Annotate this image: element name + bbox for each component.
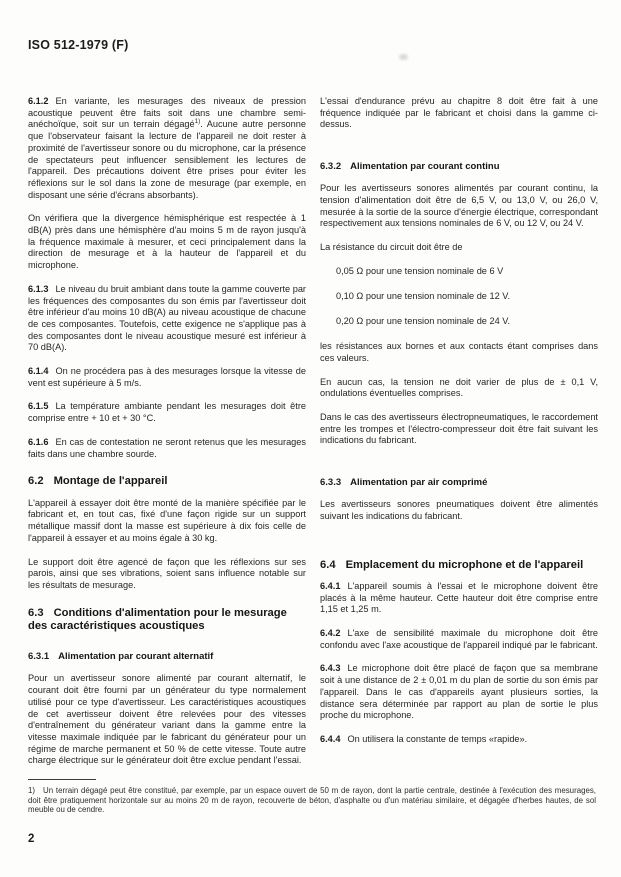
clause-text: On utilisera la constante de temps «rapi… [347,734,527,744]
paragraph-text: Pour les avertisseurs sonores alimentés … [320,183,598,228]
heading-6-3-3: 6.3.3Alimentation par air comprimé [320,477,598,489]
paragraph-endurance: L'essai d'endurance prévu au chapitre 8 … [320,96,598,131]
heading-title-6-3-1: Alimentation par courant alternatif [58,651,213,662]
heading-title-6-2: Montage de l'appareil [54,475,168,487]
paragraph-courant-continu: Pour les avertisseurs sonores alimentés … [320,183,598,230]
document-page: ISO 512-1979 (F) 6.1.2En variante, les m… [0,0,621,877]
footnote-text: Un terrain dégagé peut être constitué, p… [28,786,596,814]
paragraph-text: En aucun cas, la tension ne doit varier … [320,377,598,399]
clause-number-6-4-2: 6.4.2 [320,628,340,638]
paragraph-pneumatique: Les avertisseurs sonores pneumatiques do… [320,499,598,522]
clause-number-6-4-4: 6.4.4 [320,734,340,744]
paragraph-6-4-1: 6.4.1L'appareil soumis à l'essai et le m… [320,581,598,616]
paragraph-6-1-2: 6.1.2En variante, les mesurages des nive… [28,96,306,201]
heading-number-6-3-2: 6.3.2 [320,161,341,172]
clause-number-6-1-6: 6.1.6 [28,437,48,447]
paragraph-tension-variation: En aucun cas, la tension ne doit varier … [320,377,598,400]
resistance-item-6v: 0,05 Ω pour une tension nominale de 6 V [336,266,598,278]
footnote-marker: 1) [28,786,35,795]
clause-number-6-1-4: 6.1.4 [28,366,48,376]
paragraph-6-1-4: 6.1.4On ne procédera pas à des mesurages… [28,366,306,389]
heading-6-2: 6.2Montage de l'appareil [28,475,306,488]
clause-text: La température ambiante pendant les mesu… [28,401,306,423]
clause-number-6-1-5: 6.1.5 [28,401,48,411]
paragraph-montage-2: Le support doit être agencé de façon que… [28,557,306,592]
heading-title-6-3: Conditions d'alimentation pour le mesura… [28,607,287,632]
paragraph-text: L'appareil à essayer doit être monté de … [28,498,306,543]
paragraph-6-1-6: 6.1.6En cas de contestation ne seront re… [28,437,306,460]
clause-text: Le microphone doit être placé de façon q… [320,663,598,720]
heading-6-3-1: 6.3.1Alimentation par courant alternatif [28,651,306,663]
resistance-item-24v: 0,20 Ω pour une tension nominale de 24 V… [336,316,598,328]
clause-text: L'appareil soumis à l'essai et le microp… [320,581,598,614]
heading-number-6-3-3: 6.3.3 [320,477,341,488]
right-column: L'essai d'endurance prévu au chapitre 8 … [320,96,598,779]
paragraph-6-1-5: 6.1.5La température ambiante pendant les… [28,401,306,424]
paragraph-text: On vérifiera que la divergence hémisphér… [28,213,306,270]
paragraph-text: Dans le cas des avertisseurs électropneu… [320,412,598,445]
left-column: 6.1.2En variante, les mesurages des nive… [28,96,306,779]
heading-title-6-3-2: Alimentation par courant continu [350,161,499,172]
paragraph-text: Pour un avertisseur sonore alimenté par … [28,673,306,765]
two-column-layout: 6.1.2En variante, les mesurages des nive… [28,96,598,779]
clause-number-6-1-3: 6.1.3 [28,284,48,294]
heading-6-3-2: 6.3.2Alimentation par courant continu [320,161,598,173]
paragraph-text: L'essai d'endurance prévu au chapitre 8 … [320,96,598,129]
heading-number-6-3: 6.3 [28,607,44,619]
footnote: 1)Un terrain dégagé peut être constitué,… [28,786,596,815]
clause-number-6-1-2: 6.1.2 [28,96,48,106]
paragraph-text: Les avertisseurs sonores pneumatiques do… [320,499,598,521]
footnote-separator [28,779,96,780]
clause-number-6-4-1: 6.4.1 [320,581,340,591]
heading-6-3: 6.3Conditions d'alimentation pour le mes… [28,607,306,634]
heading-number-6-3-1: 6.3.1 [28,651,49,662]
paragraph-6-1-3: 6.1.3Le niveau du bruit ambiant dans tou… [28,284,306,354]
page-number: 2 [28,833,34,845]
paragraph-text: La résistance du circuit doit être de [320,242,462,252]
footnote-area: 1)Un terrain dégagé peut être constitué,… [28,779,596,815]
paragraph-electropneumatique: Dans le cas des avertisseurs électropneu… [320,412,598,447]
scan-smudge [399,54,408,60]
clause-text: On ne procédera pas à des mesurages lors… [28,366,306,388]
clause-text: L'axe de sensibilité maximale du microph… [320,628,598,650]
heading-number-6-4: 6.4 [320,559,336,571]
page-title: ISO 512-1979 (F) [28,38,128,52]
paragraph-courant-alternatif: Pour un avertisseur sonore alimenté par … [28,673,306,767]
paragraph-resistance-outro: les résistances aux bornes et aux contac… [320,341,598,364]
heading-title-6-3-3: Alimentation par air comprimé [350,477,487,488]
paragraph-6-4-4: 6.4.4On utilisera la constante de temps … [320,734,598,746]
clause-text: Le niveau du bruit ambiant dans toute la… [28,284,306,353]
heading-6-4: 6.4Emplacement du microphone et de l'app… [320,559,598,572]
paragraph-text: les résistances aux bornes et aux contac… [320,341,598,363]
paragraph-6-4-2: 6.4.2L'axe de sensibilité maximale du mi… [320,628,598,651]
clause-number-6-4-3: 6.4.3 [320,663,340,673]
paragraph-6-4-3: 6.4.3Le microphone doit être placé de fa… [320,663,598,722]
paragraph-resistance-intro: La résistance du circuit doit être de [320,242,598,254]
clause-text: . Aucune autre personne que l'observateu… [28,119,306,199]
resistance-item-12v: 0,10 Ω pour une tension nominale de 12 V… [336,291,598,303]
clause-text: En cas de contestation ne seront retenus… [28,437,306,459]
paragraph-text: Le support doit être agencé de façon que… [28,557,306,590]
paragraph-divergence: On vérifiera que la divergence hémisphér… [28,213,306,272]
heading-number-6-2: 6.2 [28,475,44,487]
heading-title-6-4: Emplacement du microphone et de l'appare… [346,559,584,571]
paragraph-montage-1: L'appareil à essayer doit être monté de … [28,498,306,545]
